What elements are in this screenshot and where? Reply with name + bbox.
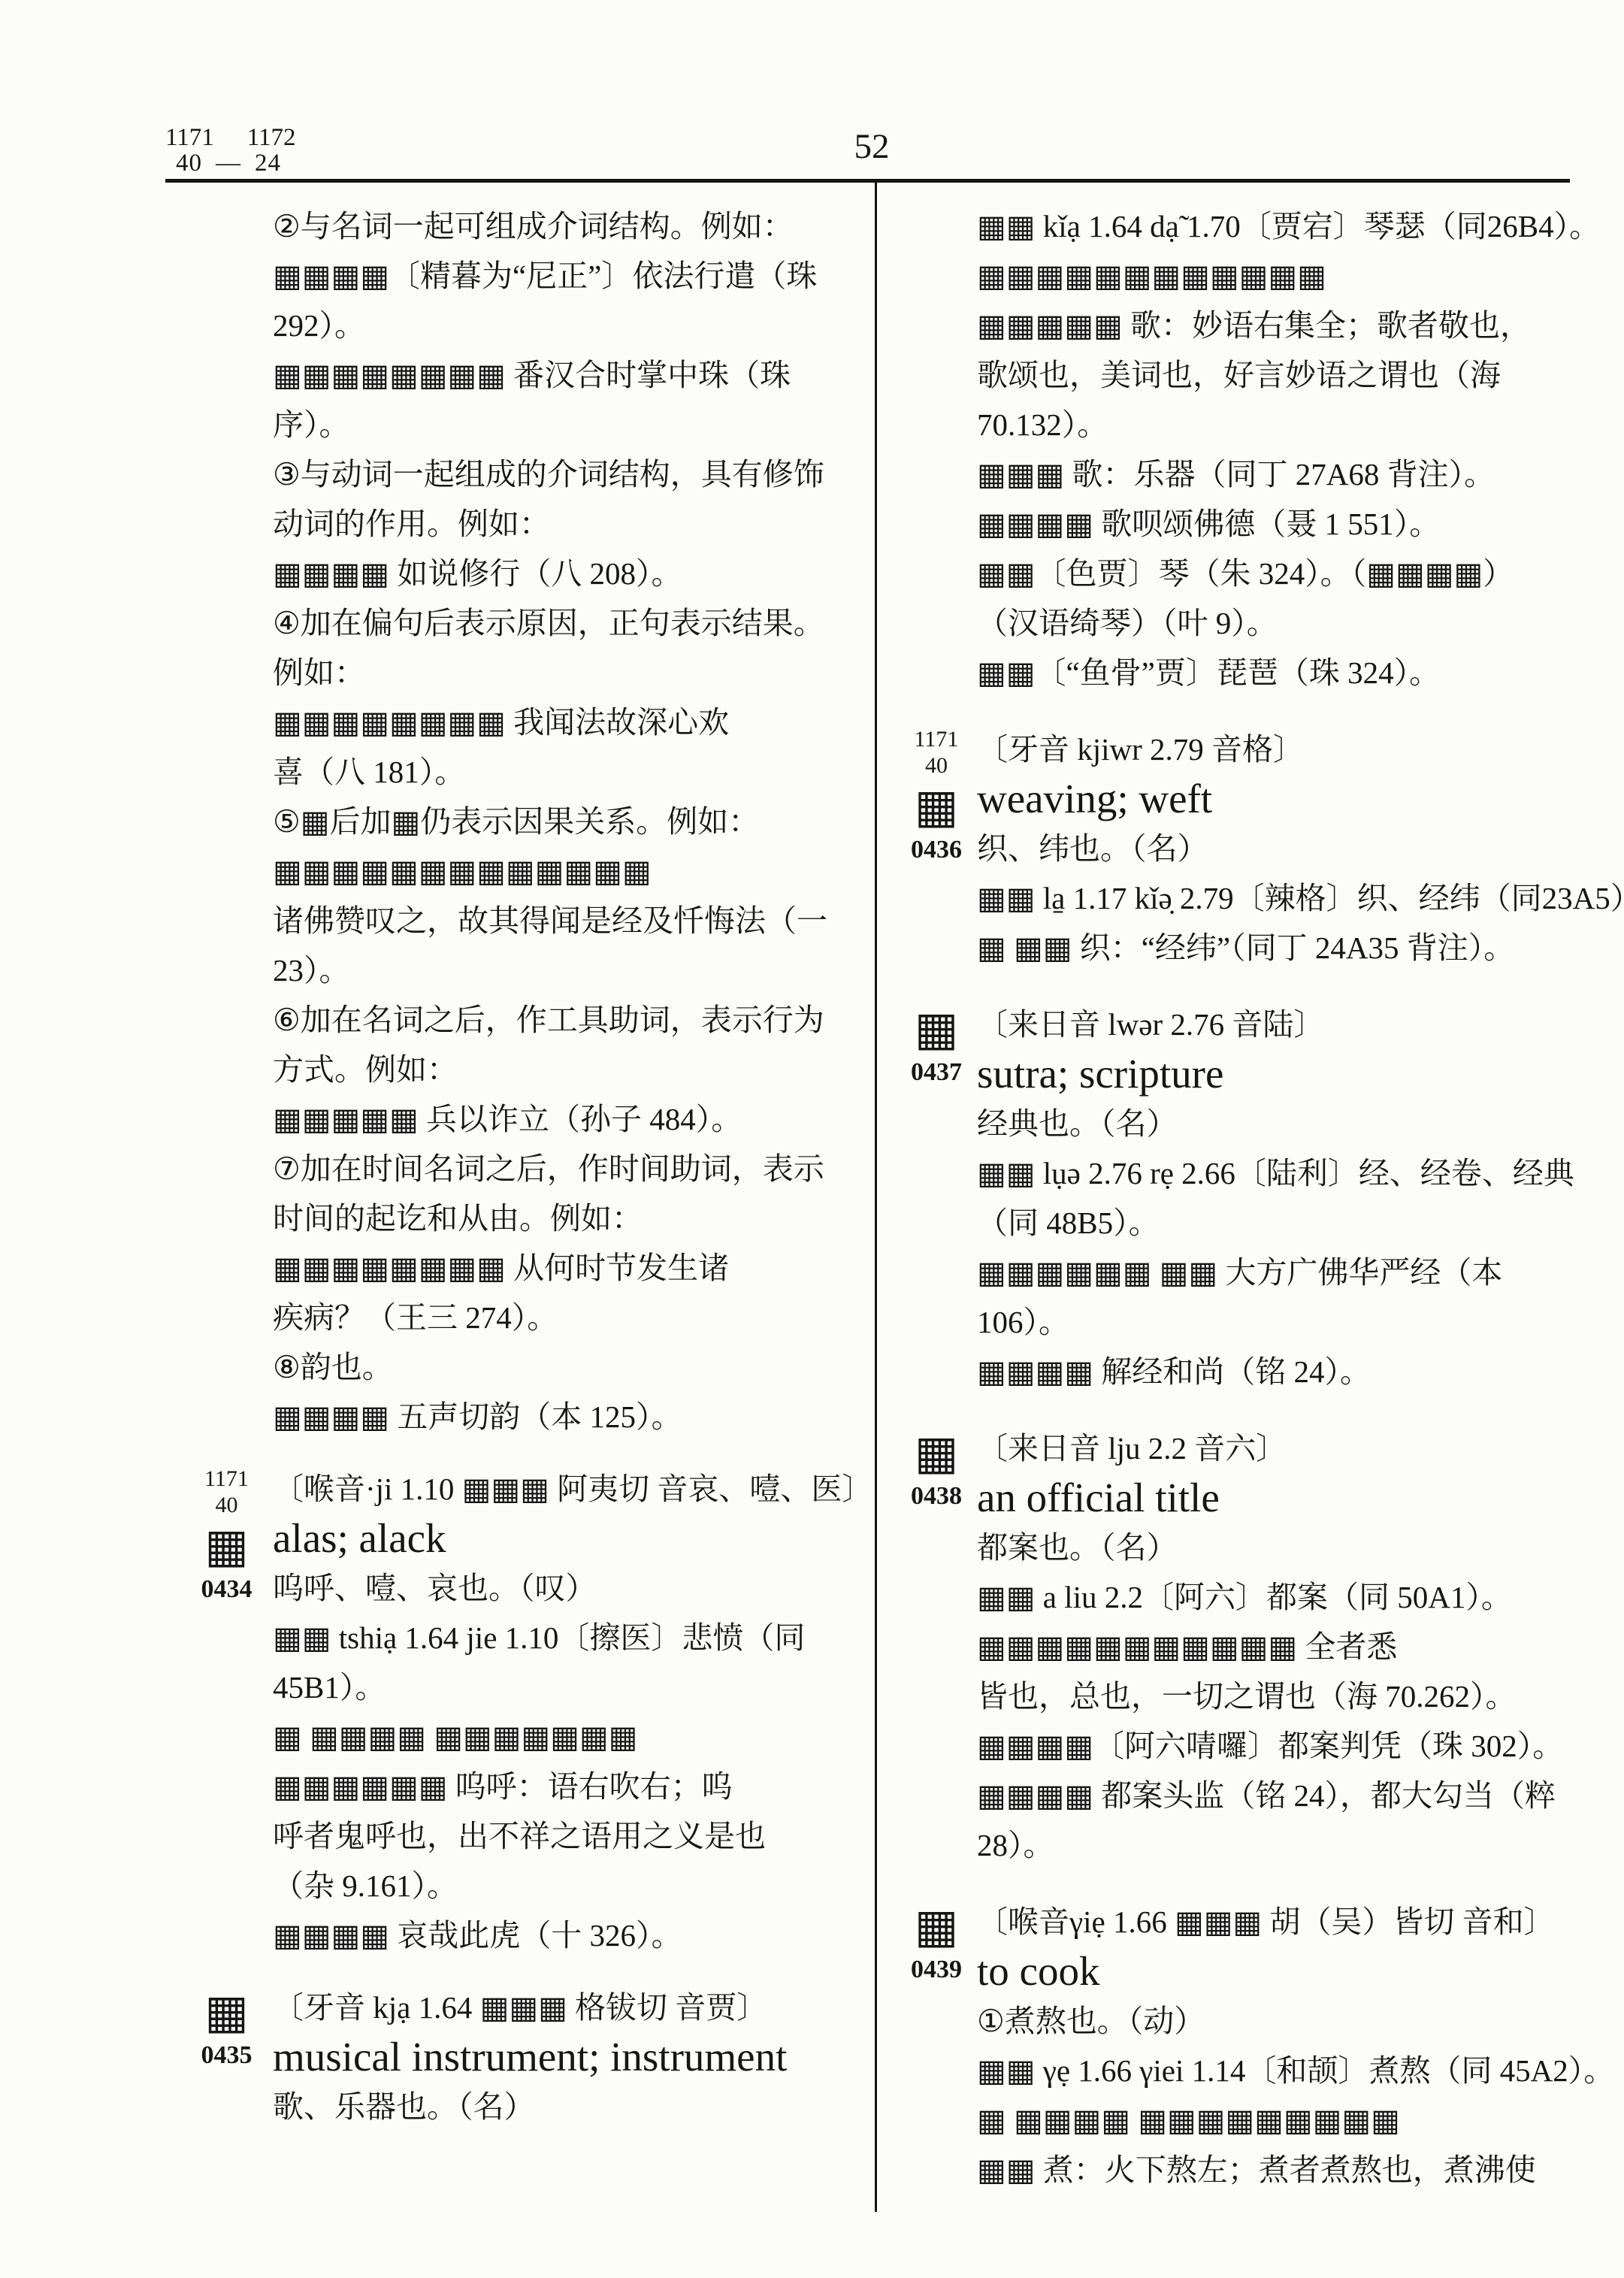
example-line: ▦▦ la̱ 1.17 kǐə̣ 2.79〔辣格〕织、经纬（同23A5）。 <box>977 873 1572 923</box>
example-line: ▦▦▦ 歌：乐器（同丁 27A68 背注）。 <box>977 449 1572 499</box>
text-line: 喜（八 181）。 <box>273 747 840 797</box>
text-line: ⑧韵也。 <box>273 1342 840 1392</box>
entry-body: 〔喉音·ji 1.10 ▦▦▦ 阿夷切 音哀、噎、医〕 alas; alack … <box>273 1464 840 1960</box>
example-line: ▦▦ kǐạ 1.64 dạ̃ 1.70〔贾宕〕琴瑟（同26B4）。 <box>977 201 1572 251</box>
phonetic-header-line: 〔喉音γiẹ 1.66 ▦▦▦ 胡（吴）皆切 音和〕 <box>977 1897 1572 1947</box>
tangut-headword-glyph: ▦ <box>896 1001 977 1057</box>
entry-number: 0437 <box>896 1057 977 1088</box>
right-column: ▦▦ kǐạ 1.64 dạ̃ 1.70〔贾宕〕琴瑟（同26B4）。 ▦▦▦▦▦… <box>896 201 1572 2195</box>
text-line: ▦▦▦▦▦▦▦▦ 我闻法故深心欢 <box>273 697 840 747</box>
folio-range-dash: — <box>216 150 241 176</box>
english-gloss: an official title <box>977 1473 1572 1523</box>
entry-body: 〔来日音 lju 2.2 音六〕 an official title 都案也。（… <box>977 1423 1572 1870</box>
example-line: ▦▦〔色贾〕琴（朱 324）。（▦▦▦▦） <box>977 549 1572 598</box>
text-line: ▦▦▦▦ 五声切韵（本 125）。 <box>273 1392 840 1442</box>
text-line: ▦▦▦▦ 如说修行（八 208）。 <box>273 549 840 598</box>
english-gloss: alas; alack <box>273 1514 840 1563</box>
english-gloss: sutra; scripture <box>977 1049 1572 1099</box>
grammar-continuation-section: ②与名词一起可组成介词结构。例如： ▦▦▦▦〔精暮为“尼正”〕依法行遣（珠 29… <box>273 201 840 1442</box>
dictionary-scan-page: 1171 1172 40 — 24 52 ②与名词一起可组成介词结构。例如： ▦… <box>0 0 1624 2278</box>
text-line: 时间的起讫和从由。例如： <box>273 1193 840 1243</box>
folio-number-right: 1172 <box>247 125 296 150</box>
example-line: ▦ ▦▦▦▦ ▦▦▦▦▦▦▦ <box>273 1712 840 1762</box>
example-line: 28）。 <box>977 1820 1572 1870</box>
page-number: 52 <box>797 126 947 167</box>
text-line: 诸佛赞叹之，故其得闻是经及忏悔法（一 <box>273 896 840 945</box>
example-line: （汉语绮琴）（叶 9）。 <box>977 598 1572 648</box>
entry-margin: ▦ 0435 <box>180 1983 273 2071</box>
text-line: ⑥加在名词之后，作工具助词，表示行为 <box>273 995 840 1045</box>
example-line: ▦▦▦▦ 歌呗颂佛德（聂 1 551）。 <box>977 499 1572 549</box>
text-line: ▦▦▦▦▦▦▦▦ 番汉合时掌中珠（珠 <box>273 350 840 400</box>
example-line: ▦▦ tshiạ 1.64 jie 1.10〔擦医〕悲愤（同 <box>273 1613 840 1662</box>
header-rule <box>165 179 1570 183</box>
text-line: ▦▦▦▦▦▦▦▦ 从何时节发生诸 <box>273 1243 840 1293</box>
text-line: 序）。 <box>273 400 840 449</box>
margin-chapter-number: 40 <box>896 752 977 779</box>
entry-number: 0438 <box>896 1481 977 1512</box>
margin-folio-number: 1171 <box>180 1466 273 1492</box>
entry-number: 0434 <box>180 1574 273 1605</box>
entry-margin: ▦ 0437 <box>896 1000 977 1088</box>
text-line: ▦▦▦▦▦▦▦▦▦▦▦▦▦ <box>273 846 840 896</box>
tangut-headword-glyph: ▦ <box>896 779 977 834</box>
entry-0438: ▦ 0438 〔来日音 lju 2.2 音六〕 an official titl… <box>896 1423 1572 1870</box>
entry-body: 〔来日音 lwər 2.76 音陆〕 sutra; scripture 经典也。… <box>977 1000 1572 1396</box>
example-line: 106）。 <box>977 1297 1572 1347</box>
entry-0437: ▦ 0437 〔来日音 lwər 2.76 音陆〕 sutra; scriptu… <box>896 1000 1572 1396</box>
entry-0434: 1171 40 ▦ 0434 〔喉音·ji 1.10 ▦▦▦ 阿夷切 音哀、噎、… <box>180 1464 840 1960</box>
entry-0435: ▦ 0435 〔牙音 kjạ 1.64 ▦▦▦ 格钹切 音贾〕 musical … <box>180 1983 840 2131</box>
text-line: 23）。 <box>273 945 840 995</box>
folio-range-right: 24 <box>255 150 281 176</box>
text-line: ▦▦▦▦〔精暮为“尼正”〕依法行遣（珠 <box>273 251 840 301</box>
phonetic-header-line: 〔来日音 lwər 2.76 音陆〕 <box>977 1000 1572 1049</box>
example-line: 70.132）。 <box>977 400 1572 449</box>
folio-numbers: 1171 1172 <box>165 125 296 150</box>
definition-line: 歌、乐器也。（名） <box>273 2082 840 2131</box>
phonetic-header-line: 〔牙音 kjiwr 2.79 音格〕 <box>977 725 1572 774</box>
entry-body: 〔喉音γiẹ 1.66 ▦▦▦ 胡（吴）皆切 音和〕 to cook ①煮熬也。… <box>977 1897 1572 2195</box>
left-column: ②与名词一起可组成介词结构。例如： ▦▦▦▦〔精暮为“尼正”〕依法行遣（珠 29… <box>180 201 840 2131</box>
example-line: ▦▦ a liu 2.2〔阿六〕都案（同 50A1）。 <box>977 1572 1572 1622</box>
folio-number-left: 1171 <box>165 125 214 150</box>
example-line: ▦▦〔“鱼骨”贾〕琵琶（珠 324）。 <box>977 648 1572 697</box>
definition-line: ①煮熬也。（动） <box>977 1996 1572 2046</box>
text-line: ④加在偏句后表示原因，正句表示结果。 <box>273 598 840 648</box>
text-line: ②与名词一起可组成介词结构。例如： <box>273 201 840 251</box>
entry-body: ▦▦ kǐạ 1.64 dạ̃ 1.70〔贾宕〕琴瑟（同26B4）。 ▦▦▦▦▦… <box>977 201 1572 697</box>
tangut-headword-glyph: ▦ <box>896 1425 977 1481</box>
text-line: 方式。例如： <box>273 1045 840 1094</box>
example-line: ▦▦▦▦ 哀哉此虎（十 326）。 <box>273 1910 840 1960</box>
example-line: ▦▦ 煮：火下熬左；煮者煮熬也，煮沸使 <box>977 2145 1572 2195</box>
folio-range: 40 — 24 <box>165 150 296 176</box>
entry-number: 0435 <box>180 2040 273 2071</box>
entry-margin: 1171 40 ▦ 0434 <box>180 1464 273 1605</box>
text-line: 动词的作用。例如： <box>273 499 840 549</box>
margin-chapter-number: 40 <box>180 1492 273 1518</box>
example-line: ▦ ▦▦ 织：“经纬”（同丁 24A35 背注）。 <box>977 923 1572 973</box>
example-line: ▦▦▦▦〔阿六啨囉〕都案判凭（珠 302）。 <box>977 1721 1572 1771</box>
entry-margin: ▦ 0439 <box>896 1897 977 1986</box>
entry-0436: 1171 40 ▦ 0436 〔牙音 kjiwr 2.79 音格〕 weavin… <box>896 725 1572 973</box>
entry-number: 0436 <box>896 834 977 866</box>
example-line: 呼者鬼呼也，出不祥之语用之义是也 <box>273 1811 840 1861</box>
phonetic-header-line: 〔牙音 kjạ 1.64 ▦▦▦ 格钹切 音贾〕 <box>273 1983 840 2032</box>
definition-line: 织、纬也。（名） <box>977 824 1572 873</box>
text-line: 疾病？（王三 274）。 <box>273 1293 840 1342</box>
folio-header: 1171 1172 40 — 24 <box>165 125 296 176</box>
phonetic-header-line: 〔喉音·ji 1.10 ▦▦▦ 阿夷切 音哀、噎、医〕 <box>273 1464 840 1514</box>
text-line: ▦▦▦▦▦ 兵以诈立（孙子 484）。 <box>273 1094 840 1144</box>
entry-margin: 1171 40 ▦ 0436 <box>896 725 977 866</box>
example-line: ▦ ▦▦▦▦ ▦▦▦▦▦▦▦▦▦ <box>977 2095 1572 2145</box>
entry-margin: ▦ 0438 <box>896 1423 977 1512</box>
example-line: 45B1）。 <box>273 1662 840 1712</box>
definition-line: 经典也。（名） <box>977 1099 1572 1148</box>
english-gloss: weaving; weft <box>977 774 1572 824</box>
entry-number: 0439 <box>896 1954 977 1986</box>
entry-margin <box>896 201 977 203</box>
tangut-headword-glyph: ▦ <box>180 1984 273 2040</box>
example-line: （杂 9.161）。 <box>273 1861 840 1910</box>
text-line: ③与动词一起组成的介词结构，具有修饰 <box>273 449 840 499</box>
text-line: ⑦加在时间名词之后，作时间助词，表示 <box>273 1144 840 1193</box>
entry-0435-continuation: ▦▦ kǐạ 1.64 dạ̃ 1.70〔贾宕〕琴瑟（同26B4）。 ▦▦▦▦▦… <box>896 201 1572 697</box>
text-line: 例如： <box>273 648 840 697</box>
entry-0439: ▦ 0439 〔喉音γiẹ 1.66 ▦▦▦ 胡（吴）皆切 音和〕 to coo… <box>896 1897 1572 2195</box>
margin-folio-number: 1171 <box>896 726 977 752</box>
example-line: ▦▦▦▦ 解经和尚（铭 24）。 <box>977 1347 1572 1396</box>
folio-range-left: 40 <box>176 150 202 176</box>
example-line: ▦▦▦▦▦▦▦▦▦▦▦▦ <box>977 251 1572 301</box>
example-line: ▦▦▦▦ 都案头监（铭 24），都大勾当（粹 <box>977 1771 1572 1820</box>
example-line: （同 48B5）。 <box>977 1198 1572 1248</box>
entry-body: 〔牙音 kjạ 1.64 ▦▦▦ 格钹切 音贾〕 musical instrum… <box>273 1983 840 2131</box>
definition-line: 都案也。（名） <box>977 1523 1572 1572</box>
definition-line: 呜呼、噎、哀也。（叹） <box>273 1563 840 1613</box>
example-line: 皆也，总也，一切之谓也（海 70.262）。 <box>977 1671 1572 1721</box>
english-gloss: to cook <box>977 1947 1572 1996</box>
example-line: ▦▦▦▦▦▦ 呜呼：语右吹右；呜 <box>273 1762 840 1811</box>
example-line: 歌颂也，美词也，好言妙语之谓也（海 <box>977 350 1572 400</box>
column-divider <box>875 183 877 2212</box>
tangut-headword-glyph: ▦ <box>896 1898 977 1954</box>
text-line: ⑤▦后加▦仍表示因果关系。例如： <box>273 797 840 846</box>
example-line: ▦▦▦▦▦ 歌：妙语右集全；歌者敬也， <box>977 301 1572 350</box>
text-line: 292）。 <box>273 301 840 350</box>
example-line: ▦▦ γẹ 1.66 γiei 1.14〔和颉〕煮熬（同 45A2）。 <box>977 2046 1572 2095</box>
entry-body: 〔牙音 kjiwr 2.79 音格〕 weaving; weft 织、纬也。（名… <box>977 725 1572 973</box>
phonetic-header-line: 〔来日音 lju 2.2 音六〕 <box>977 1423 1572 1473</box>
example-line: ▦▦▦▦▦▦▦▦▦▦▦ 全者悉 <box>977 1622 1572 1671</box>
english-gloss: musical instrument; instrument <box>273 2032 840 2082</box>
example-line: ▦▦ lụə 2.76 rẹ 2.66〔陆利〕经、经卷、经典 <box>977 1148 1572 1198</box>
example-line: ▦▦▦▦▦▦ ▦▦ 大方广佛华严经（本 <box>977 1248 1572 1297</box>
tangut-headword-glyph: ▦ <box>180 1518 273 1574</box>
